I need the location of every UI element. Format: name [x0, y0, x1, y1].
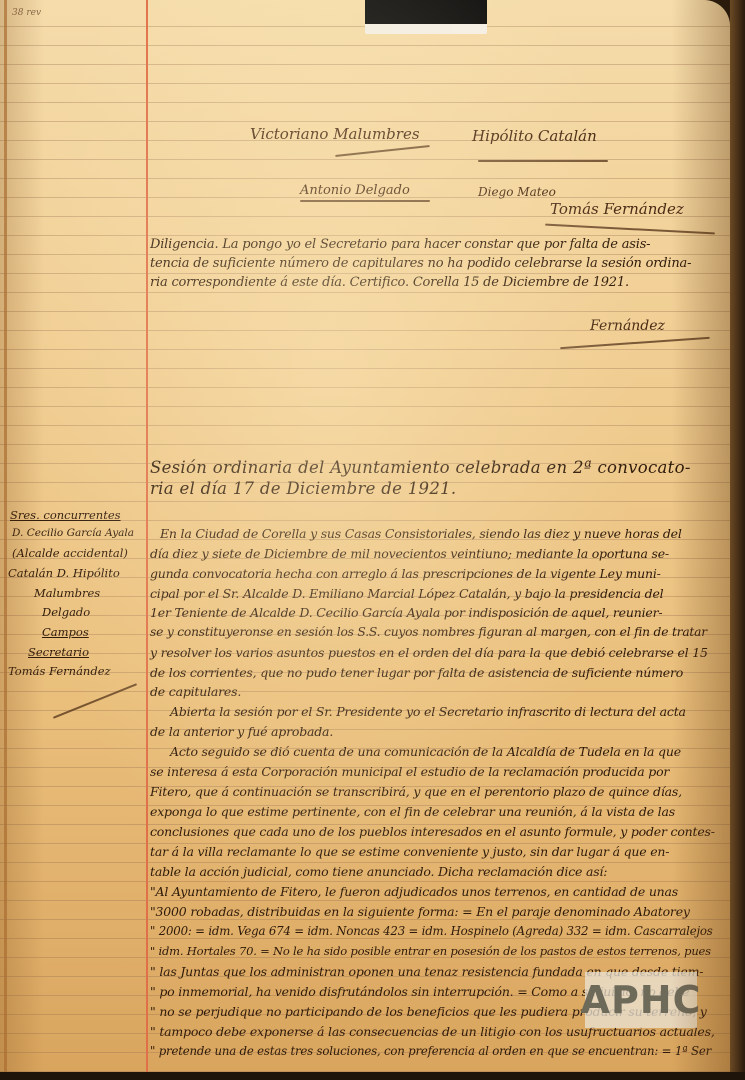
body-line: exponga lo que estime pertinente, con el… [150, 804, 675, 819]
signature-catalan: Hipólito Catalán [472, 127, 597, 145]
body-line: de la anterior y fué aprobada. [150, 724, 333, 739]
signature-fernandez: Tomás Fernández [550, 200, 684, 218]
signature-mateo: Diego Mateo [478, 185, 556, 199]
signature-malumbres: Victoriano Malumbres [250, 125, 420, 143]
session-title-line: ria el día 17 de Diciembre de 1921. [150, 479, 456, 498]
archive-watermark-logo: APHC [585, 972, 697, 1028]
body-line: se interesa á esta Corporación municipal… [150, 764, 669, 779]
book-edge-bottom [0, 1072, 745, 1080]
attendee-line: Delgado [42, 605, 90, 619]
diligencia-line: tencia de suficiente número de capitular… [150, 256, 691, 271]
quoted-line: "Al Ayuntamiento de Fitero, le fueron ad… [150, 884, 678, 899]
body-line: 1er Teniente de Alcalde D. Cecilio Garcí… [150, 605, 662, 620]
attendee-line: (Alcalde accidental) [12, 546, 128, 560]
signature-flourish [300, 200, 430, 202]
body-line: conclusiones que cada uno de los pueblos… [150, 824, 715, 839]
signature-flourish [478, 160, 608, 162]
session-title-line: Sesión ordinaria del Ayuntamiento celebr… [150, 458, 691, 477]
quoted-line: " 2000: = idm. Vega 674 = idm. Noncas 42… [150, 924, 713, 938]
diligencia-line: Diligencia. La pongo yo el Secretario pa… [150, 237, 650, 252]
attendee-line: Catalán D. Hipólito [8, 566, 120, 580]
attendee-line: Campos [42, 625, 89, 639]
body-line: y resolver los varios asuntos puestos en… [150, 645, 708, 660]
attendee-line: Malumbres [34, 586, 100, 600]
body-line: de capitulares. [150, 684, 241, 699]
body-line: se y constituyeronse en sesión los S.S. … [150, 625, 707, 639]
book-edge [730, 0, 745, 1080]
quoted-line: " pretende una de estas tres soluciones,… [150, 1044, 711, 1058]
diligencia-line: ria correspondiente á este día. Certific… [150, 275, 629, 290]
margin-rule [146, 0, 148, 1072]
body-line: de los corrientes, que no pudo tener lug… [150, 665, 683, 680]
body-line: En la Ciudad de Corella y sus Casas Cons… [160, 526, 682, 541]
attendee-line: D. Cecilio García Ayala [12, 527, 134, 539]
attendee-line: Secretario [28, 645, 89, 659]
body-line: table la acción judicial, como tiene anu… [150, 864, 607, 879]
attendee-line: Tomás Fernández [8, 664, 111, 678]
body-line: cipal por el Sr. Alcalde D. Emiliano Mar… [150, 586, 663, 601]
attendees-heading: Sres. concurrentes [10, 508, 121, 522]
diligencia-signature: Fernández [590, 318, 665, 334]
binder-clip [365, 0, 487, 34]
pencil-folio-mark: 38 rev [12, 8, 41, 18]
ledger-page: 38 rev Victoriano Malumbres Hipólito Cat… [0, 0, 730, 1072]
binding-edge [4, 0, 7, 1072]
body-line: gunda convocatoria hecha con arreglo á l… [150, 566, 661, 581]
quoted-line: " idm. Hortales 70. = No le ha sido posi… [150, 944, 711, 958]
signature-delgado: Antonio Delgado [300, 183, 410, 198]
body-line: tar á la villa reclamante lo que se esti… [150, 844, 669, 859]
body-line: día diez y siete de Diciembre de mil nov… [150, 546, 669, 561]
quoted-line: "3000 robadas, distribuidas en la siguie… [150, 904, 690, 919]
body-line: Fitero, que á continuación se transcribi… [150, 784, 682, 799]
body-line: Acto seguido se dió cuenta de una comuni… [170, 744, 681, 759]
body-line: Abierta la sesión por el Sr. Presidente … [170, 704, 686, 719]
